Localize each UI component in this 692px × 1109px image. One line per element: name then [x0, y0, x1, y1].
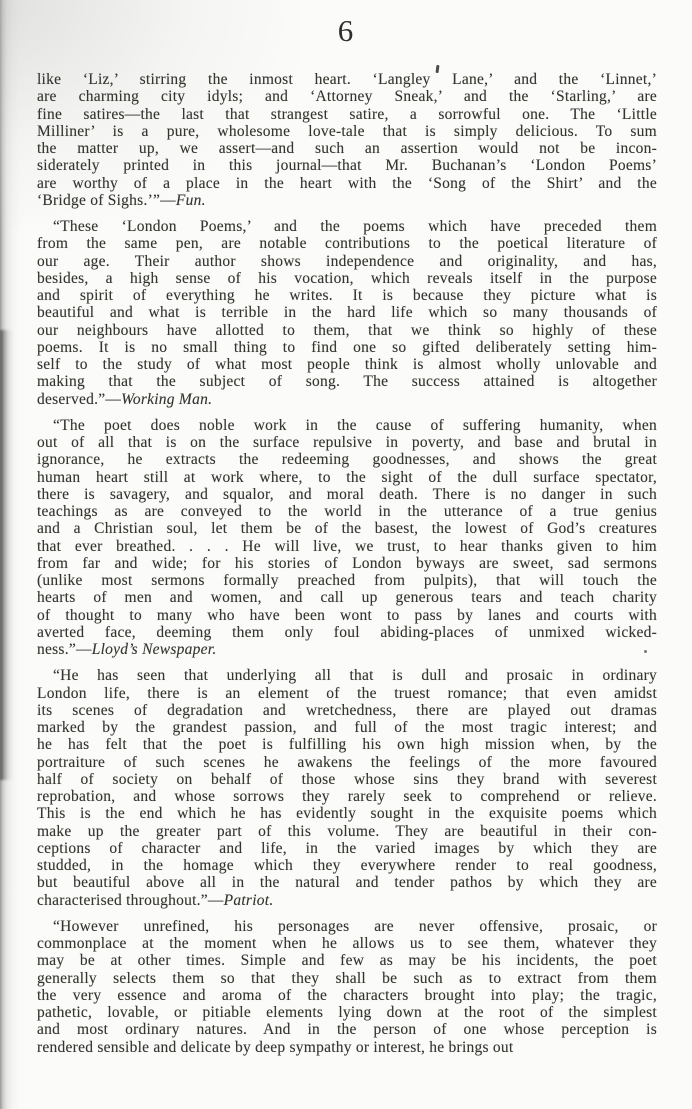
text-line: are worthy of a place in the heart with … — [37, 175, 657, 192]
text-line: like ‘Liz,’ stirring the inmost heart. ‘… — [37, 71, 657, 88]
text-line: averted face, deeming them only foul abi… — [37, 624, 657, 641]
text-line: marked by the grandest passion, and full… — [37, 719, 657, 736]
review-source: Lloyd’s Newspaper. — [92, 641, 217, 658]
text-line: studded, in the homage which they everyw… — [37, 857, 657, 874]
text-line: “However unrefined, his personages are n… — [37, 918, 657, 935]
page-number: 6 — [0, 14, 692, 48]
text-line: making that the subject of song. The suc… — [37, 373, 657, 390]
text-line: its scenes of degradation and wretchedne… — [37, 702, 657, 719]
text-block: like ‘Liz,’ stirring the inmost heart. ‘… — [37, 71, 657, 1056]
last-line-text: rendered sensible and delicate by deep s… — [37, 1039, 513, 1056]
last-line-text: ness.”— — [37, 641, 92, 658]
text-line: and most ordinary natures. And in the pe… — [37, 1021, 657, 1038]
text-line: the very essence and aroma of the charac… — [37, 987, 657, 1004]
text-line: rendered sensible and delicate by deep s… — [37, 1039, 657, 1056]
text-line: make up the greater part of this volume.… — [37, 823, 657, 840]
review-paragraph: “These ‘London Poems,’ and the poems whi… — [37, 218, 657, 408]
text-line: teachings as are conveyed to the world i… — [37, 503, 657, 520]
text-line: are charming city idyls; and ‘Attorney S… — [37, 88, 657, 105]
review-paragraph: “He has seen that underlying all that is… — [37, 667, 657, 909]
text-line: ceptions of character and life, in the v… — [37, 840, 657, 857]
text-line: deserved.”—Working Man. — [37, 391, 657, 408]
text-line: self to the study of what most people th… — [37, 356, 657, 373]
text-line: from far and wide; for his stories of Lo… — [37, 555, 657, 572]
text-line: This is the end which he has evidently s… — [37, 805, 657, 822]
text-line: pathetic, lovable, or pitiable elements … — [37, 1004, 657, 1021]
text-line: out of all that is on the surface repuls… — [37, 434, 657, 451]
text-line: “He has seen that underlying all that is… — [37, 667, 657, 684]
text-line: “The poet does noble work in the cause o… — [37, 417, 657, 434]
text-line: portraiture of such scenes he awakens th… — [37, 754, 657, 771]
text-line: he has felt that the poet is fulfilling … — [37, 736, 657, 753]
text-line: commonplace at the moment when he allows… — [37, 935, 657, 952]
text-line: generally selects them so that they shal… — [37, 970, 657, 987]
text-line: from the same pen, are notable contribut… — [37, 235, 657, 252]
text-line: may be at other times. Simple and few as… — [37, 952, 657, 969]
text-line: and spirit of everything he writes. It i… — [37, 287, 657, 304]
text-line: characterised throughout.”—Patriot. — [37, 892, 657, 909]
review-paragraph: like ‘Liz,’ stirring the inmost heart. ‘… — [37, 71, 657, 209]
text-line: besides, a high sense of his vocation, w… — [37, 270, 657, 287]
text-line: London life, there is an element of the … — [37, 685, 657, 702]
review-paragraph: “However unrefined, his personages are n… — [37, 918, 657, 1056]
text-line: ness.”—Lloyd’s Newspaper. — [37, 641, 657, 658]
text-line: and a Christian soul, let them be of the… — [37, 520, 657, 537]
text-line: of thought to many who have been wont to… — [37, 607, 657, 624]
text-line: fine satires—the last that strangest sat… — [37, 106, 657, 123]
scan-speck — [644, 650, 647, 653]
text-line: poems. It is no small thing to find one … — [37, 339, 657, 356]
text-line: half of society on behalf of those whose… — [37, 771, 657, 788]
text-line: our neighbours have allotted to them, th… — [37, 322, 657, 339]
review-paragraph: “The poet does noble work in the cause o… — [37, 417, 657, 659]
text-line: the matter up, we assert—and such an ass… — [37, 140, 657, 157]
text-line: reprobation, and whose sorrows they rare… — [37, 788, 657, 805]
text-line: there is savagery, and squalor, and mora… — [37, 486, 657, 503]
review-source: Patriot. — [224, 892, 274, 909]
last-line-text: deserved.”— — [37, 391, 121, 408]
text-line: siderately printed in this journal—that … — [37, 157, 657, 174]
text-line: Milliner’ is a pure, wholesome love-tale… — [37, 123, 657, 140]
text-line: but beautiful above all in the natural a… — [37, 874, 657, 891]
last-line-text: characterised throughout.”— — [37, 892, 224, 909]
text-line: ‘Bridge of Sighs.’”—Fun. — [37, 192, 657, 209]
review-source: Working Man. — [121, 391, 212, 408]
text-line: beautiful and what is terrible in the ha… — [37, 304, 657, 321]
review-source: Fun. — [176, 192, 206, 209]
text-line: (unlike most sermons formally preached f… — [37, 572, 657, 589]
page-gutter-shadow-dark — [0, 330, 14, 780]
text-line: ignorance, he extracts the redeeming goo… — [37, 451, 657, 468]
text-line: that ever breathed. . . . He will live, … — [37, 538, 657, 555]
text-line: hearts of men and women, and call up gen… — [37, 589, 657, 606]
text-line: human heart still at work where, to the … — [37, 469, 657, 486]
text-line: our age. Their author shows independence… — [37, 253, 657, 270]
last-line-text: ‘Bridge of Sighs.’”— — [37, 192, 176, 209]
book-page: 6 like ‘Liz,’ stirring the inmost heart.… — [0, 0, 692, 1109]
text-line: “These ‘London Poems,’ and the poems whi… — [37, 218, 657, 235]
